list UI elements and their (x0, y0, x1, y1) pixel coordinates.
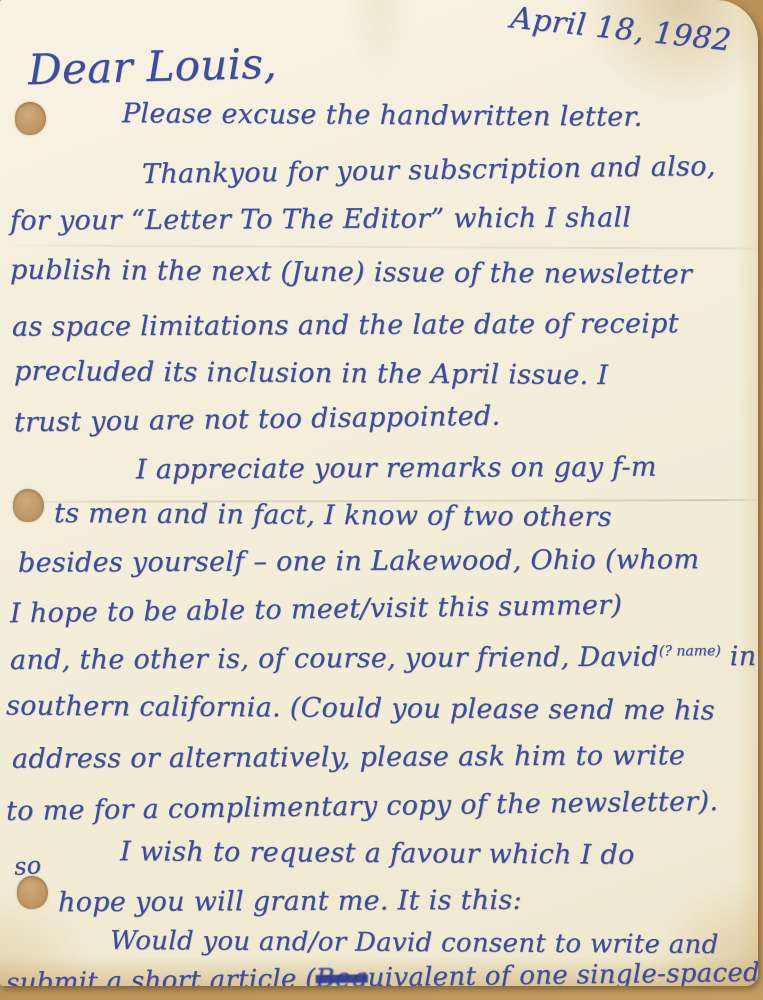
letter-line: besides yourself – one in Lakewood, Ohio… (18, 544, 699, 579)
letter-line: address or alternatively, please ask him… (12, 740, 685, 775)
letter-line: I hope to be able to meet/visit this sum… (10, 590, 623, 630)
letter-line: I wish to request a favour which I do (120, 836, 635, 871)
letter-line: as space limitations and the late date o… (12, 308, 679, 342)
fold-crease (0, 244, 758, 249)
letter-line: ts men and in fact, I know of two others (54, 498, 612, 533)
letter-line: precluded its inclusion in the April iss… (14, 356, 608, 391)
letter-date: April 18, 1982 (509, 1, 733, 59)
letter-line: hope you will grant me. It is this: (58, 885, 522, 918)
scribbled-out-word: Beq (315, 963, 367, 986)
letter-line: submit a short article (Bequivalent of o… (6, 958, 758, 986)
salutation: Dear Louis, (27, 39, 277, 94)
letter-line-text: in (721, 641, 757, 672)
letter-line: for your “Letter To The Editor” which I … (10, 202, 631, 236)
punch-hole (13, 489, 44, 522)
letter-line: and, the other is, of course, your frien… (10, 641, 757, 676)
letter-paper: April 18, 1982 Dear Louis, Please excuse… (0, 0, 758, 986)
punch-hole (17, 876, 48, 909)
inserted-word: so (13, 851, 42, 881)
letter-line: Please excuse the handwritten letter. (122, 98, 643, 133)
letter-line: southern california. (Could you please s… (6, 691, 715, 727)
letter-line: to me for a complimentary copy of the ne… (6, 786, 719, 827)
letter-line: publish in the next (June) issue of the … (10, 255, 692, 291)
letter-line: Thankyou for your subscription and also, (142, 151, 716, 190)
name-query-annotation: (? name) (659, 643, 721, 659)
letter-line-text: and, the other is, of course, your frien… (10, 642, 659, 676)
letter-line-text: uivalent of one single-spaced, (367, 958, 758, 986)
letter-line: trust you are not too disappointed. (14, 401, 501, 439)
letter-line: I appreciate your remarks on gay f-m (136, 452, 657, 486)
letter-line-text: submit a short article ( (6, 964, 316, 986)
punch-hole (15, 102, 46, 135)
letter-line: Would you and/or David consent to write … (110, 926, 719, 960)
